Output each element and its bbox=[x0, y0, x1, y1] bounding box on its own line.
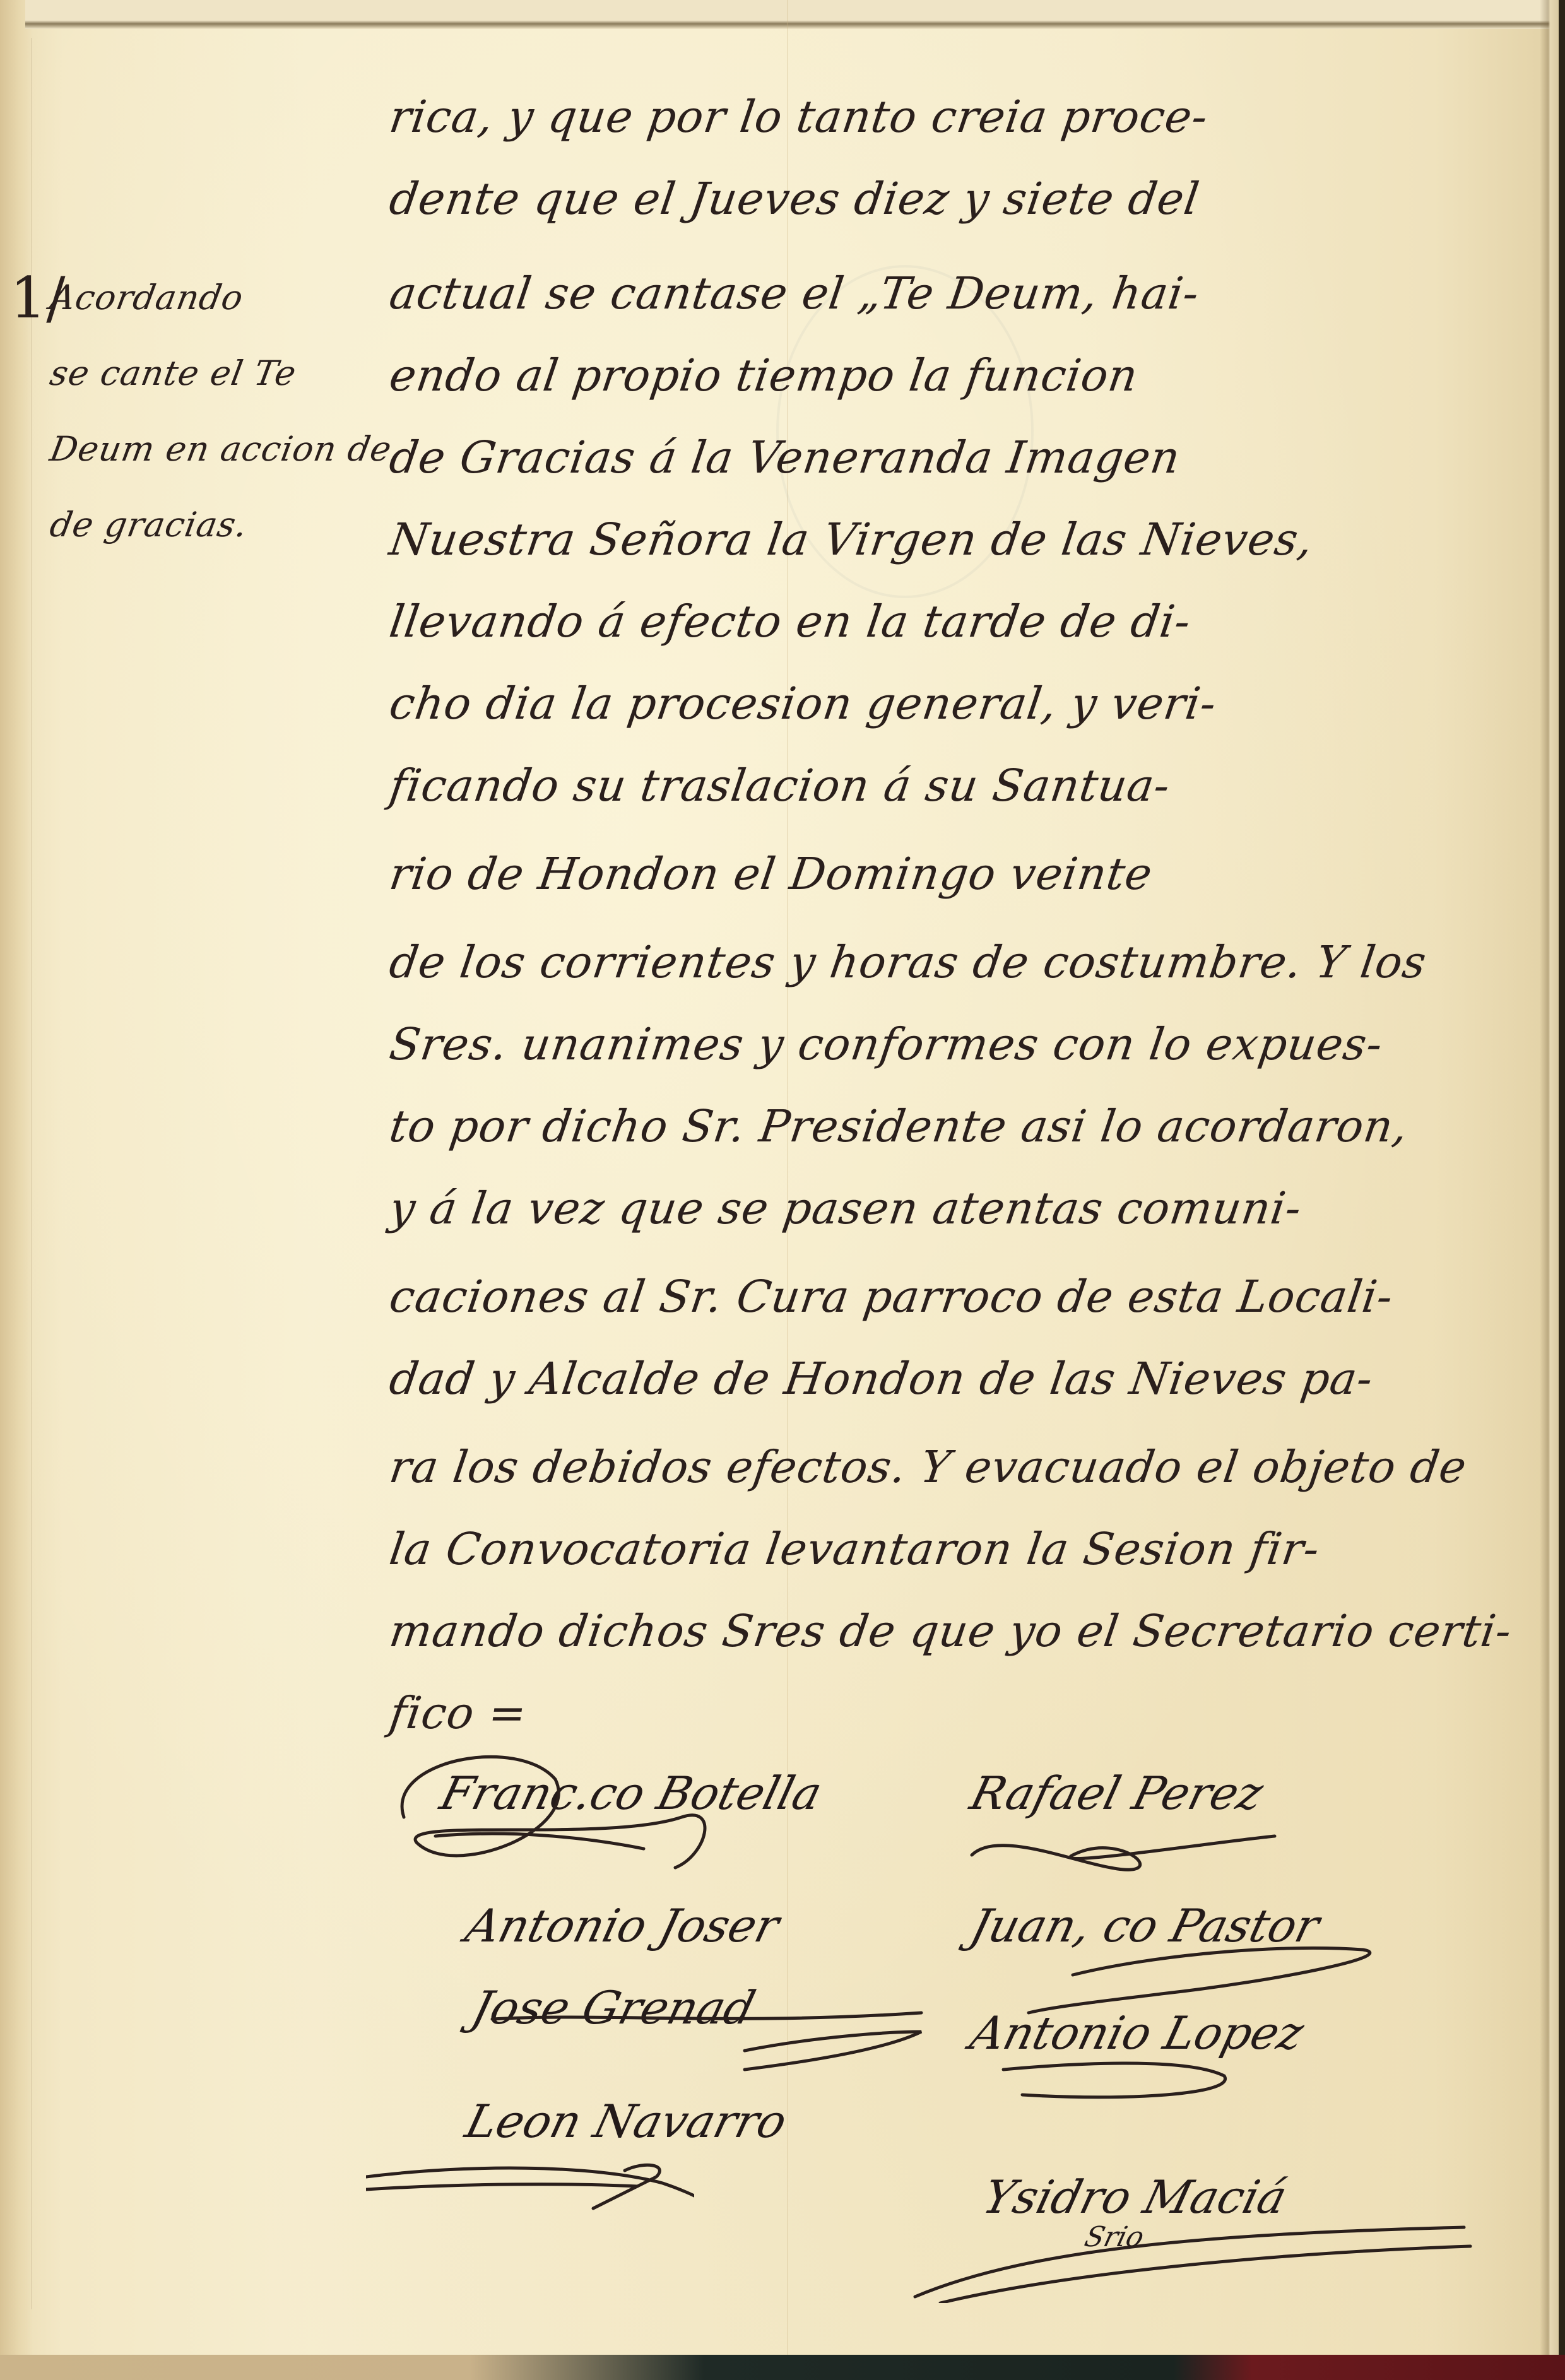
signature-lopez: Antonio Lopez bbox=[966, 2006, 1309, 2059]
book-cover-edge bbox=[0, 2355, 1565, 2380]
body-line: mando dichos Sres de que yo el Secretari… bbox=[387, 1609, 1515, 1653]
body-line: caciones al Sr. Cura parroco de esta Loc… bbox=[387, 1275, 1396, 1319]
body-line: fico = bbox=[387, 1691, 529, 1735]
margin-note-line: Acordando bbox=[47, 278, 246, 317]
body-line: la Convocatoria levantaron la Sesion fir… bbox=[387, 1527, 1323, 1571]
signature-secretario: Ysidro Maciá bbox=[978, 2171, 1292, 2224]
page-top-edge bbox=[25, 0, 1559, 29]
body-line: ra los debidos efectos. Y evacuado el ob… bbox=[387, 1445, 1470, 1489]
body-line: cho dia la procesion general, y veri- bbox=[387, 681, 1219, 726]
signature-joser: Antonio Joser bbox=[461, 1899, 784, 1952]
margin-note-line: Deum en accion de bbox=[47, 429, 394, 469]
signature-pastor: Juan, co Pastor bbox=[966, 1899, 1325, 1952]
signature-navarro: Leon Navarro bbox=[461, 2095, 793, 2148]
body-line: endo al propio tiempo la funcion bbox=[387, 353, 1141, 398]
body-line: Nuestra Señora la Virgen de las Nieves, bbox=[387, 517, 1316, 562]
signature-perez: Rafael Perez bbox=[966, 1767, 1269, 1820]
signature-grenad: Jose Grenad bbox=[467, 1981, 761, 2034]
body-line: rio de Hondon el Domingo veinte bbox=[387, 852, 1155, 896]
margin-note-line: de gracias. bbox=[47, 505, 251, 545]
body-line: ficando su traslacion á su Santua- bbox=[387, 763, 1173, 808]
body-line: y á la vez que se pasen atentas comuni- bbox=[387, 1186, 1304, 1230]
body-line: dente que el Jueves diez y siete del bbox=[387, 177, 1202, 221]
rubric-flourish-icon bbox=[997, 2057, 1262, 2120]
signature-secretario-title: Srio bbox=[1082, 2221, 1147, 2253]
body-line: rica, y que por lo tanto creia proce- bbox=[387, 95, 1211, 139]
margin-note-line: se cante el Te bbox=[47, 353, 299, 393]
rubric-flourish-icon bbox=[947, 1817, 1300, 1893]
manuscript-page: 1/ Acordando se cante el Te Deum en acci… bbox=[0, 0, 1559, 2361]
body-line: de los corrientes y horas de costumbre. … bbox=[387, 940, 1429, 984]
body-line: to por dicho Sr. Presidente asi lo acord… bbox=[387, 1104, 1411, 1148]
body-line: actual se cantase el „Te Deum, hai- bbox=[387, 271, 1202, 315]
body-line: de Gracias á la Veneranda Imagen bbox=[387, 435, 1183, 480]
rubric-flourish-icon bbox=[366, 2158, 694, 2221]
margin-rule bbox=[32, 38, 32, 2309]
body-line: Sres. unanimes y conformes con lo expues… bbox=[387, 1022, 1385, 1066]
body-line: llevando á efecto en la tarde de di- bbox=[387, 599, 1193, 644]
rubric-flourish-icon bbox=[909, 2221, 1489, 2303]
body-line: dad y Alcalde de Hondon de las Nieves pa… bbox=[387, 1357, 1376, 1401]
rubric-flourish-icon bbox=[379, 1741, 732, 1906]
signature-botella: Franc.co Botella bbox=[435, 1767, 827, 1820]
